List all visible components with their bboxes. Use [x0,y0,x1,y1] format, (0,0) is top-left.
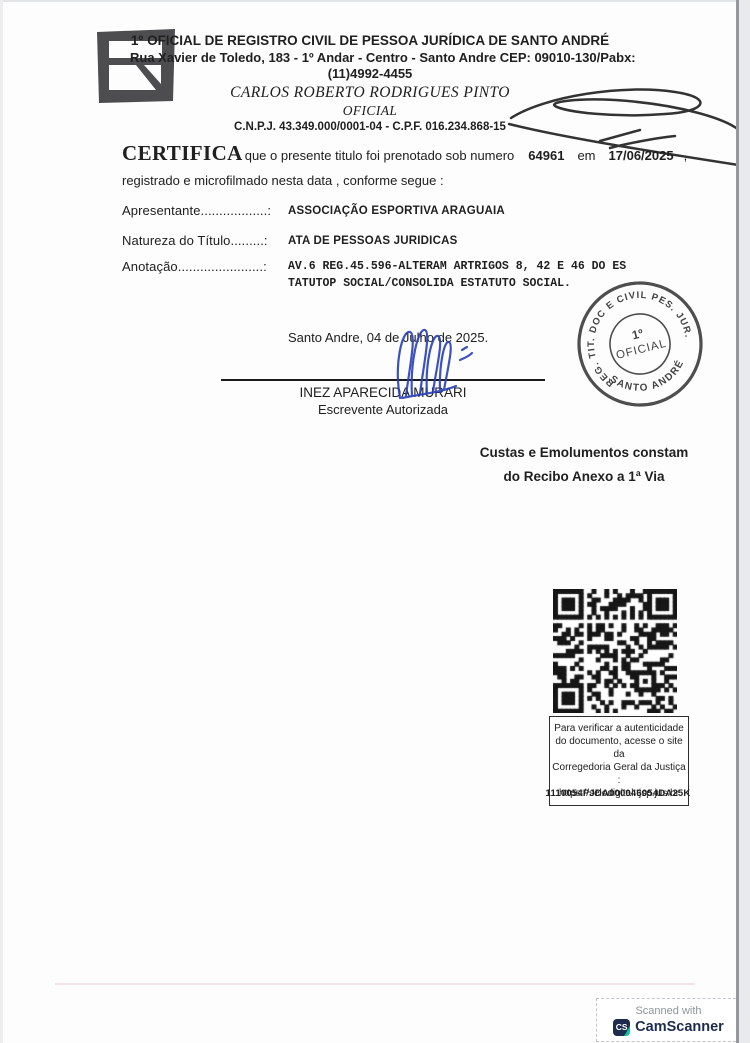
scan-bottom-edge [55,983,695,985]
scan-top-edge [0,0,750,2]
annotation-label: Anotação.......................: [122,259,267,274]
qr-code-icon [553,589,677,713]
presenter-value: ASSOCIAÇÃO ESPORTIVA ARAGUAIA [288,205,505,217]
stamp-rim-bottom-text: SANTO ANDRÉ [606,355,692,403]
camscanner-wordmark: CamScanner [635,1019,724,1035]
presenter-label: Apresentante..................: [122,203,271,218]
page-right-edge-shadow [739,0,750,1043]
verification-line1: Para verificar a autenticidade [552,722,686,735]
certification-line: CERTIFICAque o presente titulo foi preno… [122,141,687,166]
certifica-keyword: CERTIFICA [122,141,243,165]
certification-conjunction: em [577,148,595,163]
stamp-center-number: 1º [631,326,646,342]
signer-role: Escrevente Autorizada [221,402,545,417]
camscanner-badge: Scanned with CS CamScanner [596,998,741,1042]
trailing-comma: , [684,148,688,163]
fees-note-line2: do Recibo Anexo a 1ª Via [450,465,718,489]
protocol-number: 64961 [528,148,564,163]
certification-intro: que o presente titulo foi prenotado sob … [245,148,515,163]
verification-line3: Corregedoria Geral da Justiça : [552,761,686,787]
scan-left-edge [0,0,3,1043]
escrevente-signature-scribble [382,320,477,402]
annotation-value-line2: TATUTOP SOCIAL/CONSOLIDA ESTATUTO SOCIAL… [288,277,571,290]
stamp-center-word: OFICIAL [615,338,668,362]
registry-address: Rua Xavier de Toledo, 183 - 1º Andar - C… [130,50,610,65]
fees-note: Custas e Emolumentos constam do Recibo A… [450,441,718,489]
camscanner-icon: CS [613,1019,630,1036]
digital-seal-code: 1110054PJDA000046054DA25K [542,788,694,799]
scanned-with-label: Scanned with [635,1005,701,1017]
annotation-value-line1: AV.6 REG.45.596-ALTERAM ARTRIGOS 8, 42 E… [288,260,626,273]
certification-line2: registrado e microfilmado nesta data , c… [122,173,444,188]
svg-text:SANTO ANDRÉ: SANTO ANDRÉ [606,355,692,403]
title-nature-value: ATA DE PESSOAS JURIDICAS [288,235,457,247]
registry-round-stamp: REG. TIT. DOC E CIVIL PES. JUR. SANTO AN… [555,259,725,429]
scanned-certificate-page: 1º OFICIAL DE REGISTRO CIVIL DE PESSOA J… [0,0,750,1043]
title-nature-label: Natureza do Título.........: [122,233,268,248]
registry-name: 1º OFICIAL DE REGISTRO CIVIL DE PESSOA J… [130,33,610,48]
verification-line2: do documento, acesse o site da [552,735,686,761]
prenotation-date: 17/06/2025 [609,148,674,163]
fees-note-line1: Custas e Emolumentos constam [450,441,718,465]
